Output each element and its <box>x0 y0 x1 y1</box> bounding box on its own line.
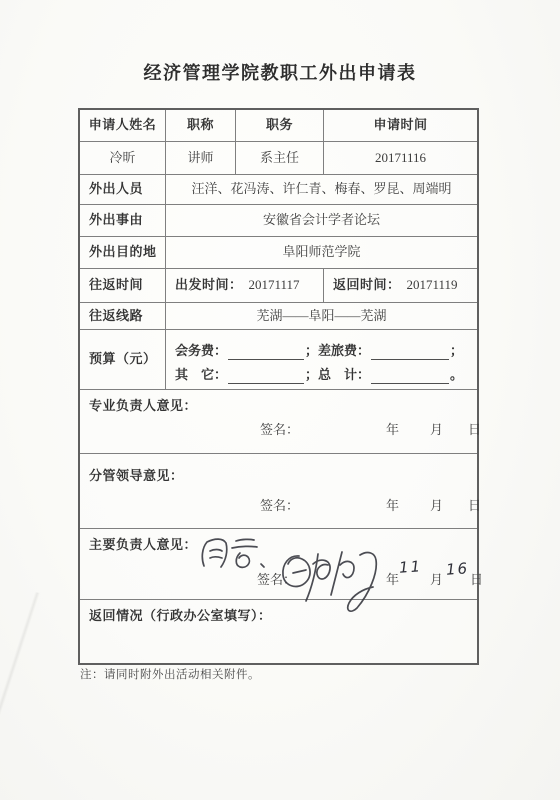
applicant-values-row: 冷昕 讲师 系主任 20171116 <box>80 142 477 175</box>
depart-time-value: 20171117 <box>249 277 300 293</box>
leader-opinion-row: 分管领导意见： 签名： 年 月 日 <box>80 454 477 529</box>
budget-sep1: ； <box>305 343 318 359</box>
table-header-row: 申请人姓名 职称 职务 申请时间 <box>80 110 477 142</box>
reason-label: 外出事由 <box>80 205 166 236</box>
principal-sign-label: 签名： <box>257 572 296 588</box>
budget-fee2-label: 差旅费： <box>318 343 370 359</box>
budget-fee3-label: 其 它： <box>175 367 227 383</box>
budget-fee4-blank <box>371 370 449 384</box>
destination-label: 外出目的地 <box>80 237 166 268</box>
route-label: 往返线路 <box>80 303 166 329</box>
applicant-rank-value: 讲师 <box>166 142 236 174</box>
page-title: 经济管理学院教职工外出申请表 <box>0 59 560 85</box>
route-row: 往返线路 芜湖——阜阳——芜湖 <box>80 303 477 330</box>
leader-opinion-cell: 分管领导意见： 签名： 年 月 日 <box>80 454 477 528</box>
professional-day-label: 日 <box>468 422 481 438</box>
budget-label: 预算（元） <box>80 330 166 389</box>
principal-opinion-label: 主要负责人意见： <box>89 537 197 552</box>
leader-sign-label: 签名： <box>260 498 299 514</box>
budget-sep4: 。 <box>450 367 463 383</box>
budget-row: 预算（元） 会务费：； 差旅费：； 其 它：； 总 计：。 <box>80 330 477 390</box>
destination-value: 阜阳师范学院 <box>166 237 477 268</box>
trip-time-label: 往返时间 <box>80 269 166 302</box>
personnel-row: 外出人员 汪洋、花冯涛、许仁青、梅春、罗昆、周端明 <box>80 175 477 205</box>
reason-value: 安徽省会计学者论坛 <box>166 205 477 236</box>
handwritten-day-value: 16 <box>445 559 469 579</box>
professional-sign-label: 签名： <box>260 422 299 438</box>
handwritten-month-value: 11 <box>398 557 422 577</box>
applicant-name-value: 冷昕 <box>80 142 166 174</box>
return-time-label: 返回时间： <box>333 277 401 293</box>
return-time-value: 20171119 <box>407 277 458 293</box>
applicant-position-value: 系主任 <box>236 142 324 174</box>
header-applicant-name: 申请人姓名 <box>80 110 166 141</box>
return-status-row: 返回情况（行政办公室填写）： <box>80 600 477 663</box>
return-status-cell: 返回情况（行政办公室填写）： <box>80 600 477 663</box>
leader-day-label: 日 <box>468 498 481 514</box>
reason-row: 外出事由 安徽省会计学者论坛 <box>80 205 477 237</box>
professional-opinion-label: 专业负责人意见： <box>89 398 197 413</box>
professional-year-label: 年 <box>386 422 399 438</box>
depart-time-cell: 出发时间： 20171117 <box>166 269 324 302</box>
budget-fee3-blank <box>228 370 304 384</box>
header-apply-time: 申请时间 <box>324 110 477 141</box>
budget-sep3: ； <box>305 367 318 383</box>
leader-opinion-label: 分管领导意见： <box>89 468 184 483</box>
budget-fee1-blank <box>228 346 304 360</box>
budget-sep2: ； <box>450 343 463 359</box>
application-form-table: 申请人姓名 职称 职务 申请时间 冷昕 讲师 系主任 20171116 外出人员… <box>78 108 479 665</box>
professional-opinion-cell: 专业负责人意见： 签名： 年 月 日 <box>80 390 477 453</box>
header-rank: 职称 <box>166 110 236 141</box>
apply-time-value: 20171116 <box>324 142 477 174</box>
header-position: 职务 <box>236 110 324 141</box>
budget-fee1-label: 会务费： <box>175 343 227 359</box>
budget-line-1: 会务费：； 差旅费：； <box>175 336 463 360</box>
scanned-form-page: 经济管理学院教职工外出申请表 申请人姓名 职称 职务 申请时间 冷昕 讲师 系主… <box>0 0 560 800</box>
principal-day-label: 日 <box>470 572 483 588</box>
return-status-label: 返回情况（行政办公室填写）： <box>89 608 272 623</box>
paper-crease <box>0 588 44 742</box>
footer-note: 注：请同时附外出活动相关附件。 <box>80 666 260 682</box>
budget-line-2: 其 它：； 总 计：。 <box>175 360 463 384</box>
leader-month-label: 月 <box>430 498 443 514</box>
personnel-label: 外出人员 <box>80 175 166 204</box>
destination-row: 外出目的地 阜阳师范学院 <box>80 237 477 269</box>
personnel-value: 汪洋、花冯涛、许仁青、梅春、罗昆、周端明 <box>166 175 477 204</box>
return-time-cell: 返回时间： 20171119 <box>324 269 477 302</box>
professional-opinion-row: 专业负责人意见： 签名： 年 月 日 <box>80 390 477 454</box>
principal-month-label: 月 <box>430 572 443 588</box>
principal-year-label: 年 <box>386 572 399 588</box>
leader-year-label: 年 <box>386 498 399 514</box>
budget-fee4-label: 总 计： <box>318 367 370 383</box>
depart-time-label: 出发时间： <box>175 277 243 293</box>
professional-month-label: 月 <box>430 422 443 438</box>
budget-content: 会务费：； 差旅费：； 其 它：； 总 计：。 <box>166 330 477 389</box>
budget-fee2-blank <box>371 346 449 360</box>
trip-time-row: 往返时间 出发时间： 20171117 返回时间： 20171119 <box>80 269 477 303</box>
route-value: 芜湖——阜阳——芜湖 <box>166 303 477 329</box>
